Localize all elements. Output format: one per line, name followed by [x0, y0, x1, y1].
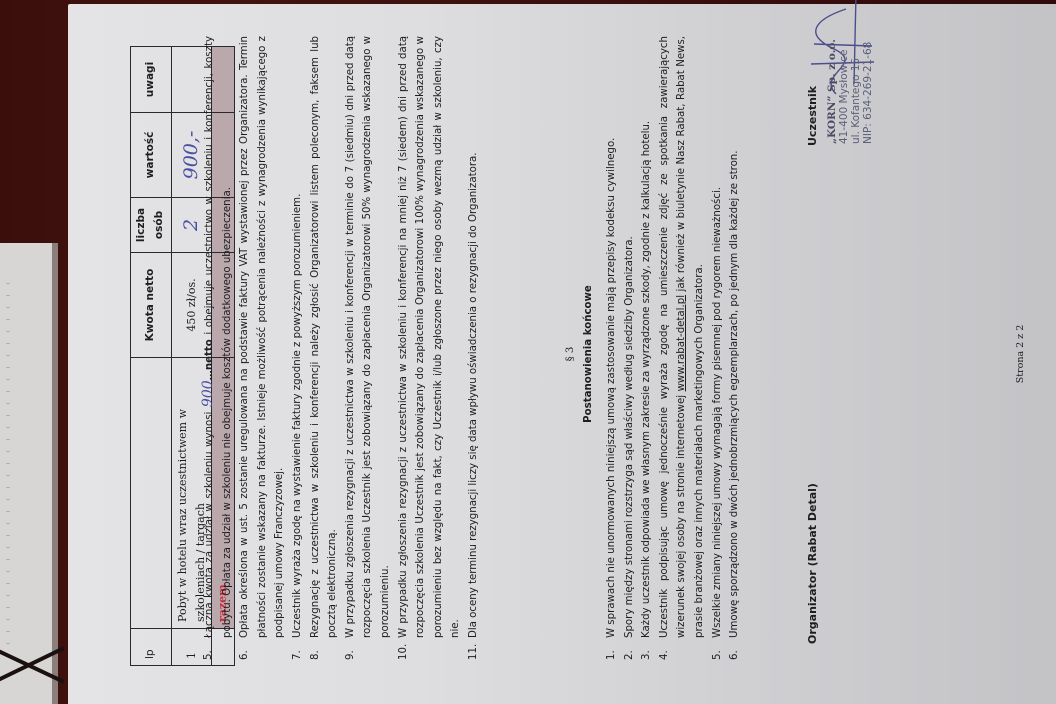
- clause-text: Dla oceny terminu rezygnacji liczy się d…: [468, 153, 479, 638]
- clauses-list: 5. Łączna kwota za udział w szkoleniu wy…: [200, 36, 483, 666]
- section-sign: § 3: [562, 4, 580, 704]
- website-link[interactable]: www.rabat-detal.pl: [676, 295, 687, 391]
- provision-text: Spory między stronami rozstrzyga sąd wła…: [624, 236, 635, 638]
- provision-number: 3.: [638, 650, 656, 660]
- stamp-postcode-city: 41-400 Mysłowice: [838, 0, 850, 144]
- provision-1: 1. W sprawach nie unormowanych niniejszą…: [603, 36, 621, 666]
- clause-11: 11. Dla oceny terminu rezygnacji liczy s…: [465, 36, 483, 666]
- clause-text: W przypadku zgłoszenia rezygnacji z ucze…: [398, 36, 462, 638]
- handwritten-amount: 900: [200, 380, 216, 407]
- header-uwagi: uwagi: [131, 47, 172, 113]
- provision-text: W sprawach nie unormowanych niniejszą um…: [606, 138, 617, 638]
- clause-text: W przypadku zgłoszenia rezygnacji z ucze…: [345, 36, 391, 638]
- provision-text: Umowę sporządzono w dwóch jednobrzmiącyc…: [729, 150, 740, 638]
- provision-5: 5. Wszelkie zmiany niniejszej umowy wyma…: [709, 36, 727, 666]
- clause-number: 5.: [200, 650, 218, 660]
- final-provisions-list: 1. W sprawach nie unormowanych niniejszą…: [603, 36, 744, 666]
- clause-number: 11.: [465, 644, 483, 660]
- cross-mark-icon: [0, 644, 64, 684]
- clause-7: 7. Uczestnik wyraża zgodę na wystawienie…: [289, 36, 307, 666]
- clause-6: 6. Opłata określona w ust. 5 zostanie ur…: [236, 36, 289, 666]
- clause-number: 7.: [289, 650, 307, 660]
- provision-number: 4.: [656, 650, 674, 660]
- clause-text: Rezygnację z uczestnictwa w szkoleniu i …: [310, 36, 339, 638]
- section-title: Postanowienia końcowe: [580, 4, 598, 704]
- clause-text: Łączna kwota za udział w szkoleniu wynos…: [204, 407, 215, 638]
- provision-number: 6.: [726, 650, 744, 660]
- provision-number: 5.: [709, 650, 727, 660]
- header-wartosc: wartość: [131, 113, 172, 198]
- clause-10: 10. W przypadku zgłoszenia rezygnacji z …: [395, 36, 465, 666]
- provision-text: Każdy uczestnik odpowiada we własnym zak…: [641, 121, 652, 638]
- stamp-street: ul. Kofantego 15: [850, 0, 862, 144]
- provision-number: 2.: [621, 650, 639, 660]
- organizer-signature-label: Organizator (Rabat Detal): [804, 483, 822, 644]
- clause-text: Opłata określona w ust. 5 zostanie uregu…: [239, 36, 285, 638]
- header-liczba-osob: liczba osób: [131, 198, 172, 253]
- clause-number: 8.: [307, 650, 325, 660]
- header-kwota-netto: Kwota netto: [131, 253, 172, 358]
- provision-4: 4. Uczestnik podpisując umowę jednocześn…: [656, 36, 709, 666]
- contract-page: lp Kwota netto liczba osób wartość uwagi…: [68, 4, 1056, 704]
- stamp-nip: NIP: 634-269-21-68: [862, 0, 874, 144]
- header-name: [131, 358, 172, 629]
- clause-number: 9.: [342, 650, 360, 660]
- stamp-company-name: „KORN” Sp. z o.o.: [826, 0, 838, 144]
- underlying-sheet: [0, 243, 58, 704]
- clause-text: Uczestnik wyraża zgodę na wystawienie fa…: [292, 194, 303, 638]
- provision-2: 2. Spory między stronami rozstrzyga sąd …: [621, 36, 639, 666]
- company-stamp: „KORN” Sp. z o.o. 41-400 Mysłowice ul. K…: [826, 0, 874, 144]
- clause-number: 6.: [236, 650, 254, 660]
- clause-number: 10.: [395, 644, 413, 660]
- provision-6: 6. Umowę sporządzono w dwóch jednobrzmią…: [726, 36, 744, 666]
- provision-3: 3. Każdy uczestnik odpowiada we własnym …: [638, 36, 656, 666]
- clause-9: 9. W przypadku zgłoszenia rezygnacji z u…: [342, 36, 395, 666]
- page-number: Strona 2 z 2: [1012, 4, 1030, 704]
- header-lp: lp: [131, 629, 172, 666]
- provision-number: 1.: [603, 650, 621, 660]
- provision-text: Wszelkie zmiany niniejszej umowy wymagaj…: [712, 187, 723, 638]
- underlying-sheet-text: [6, 283, 10, 663]
- clause-netto: …netto: [204, 339, 215, 380]
- clause-5: 5. Łączna kwota za udział w szkoleniu wy…: [200, 36, 236, 666]
- table-header-row: lp Kwota netto liczba osób wartość uwagi: [131, 47, 172, 666]
- clause-8: 8. Rezygnację z uczestnictwa w szkoleniu…: [307, 36, 342, 666]
